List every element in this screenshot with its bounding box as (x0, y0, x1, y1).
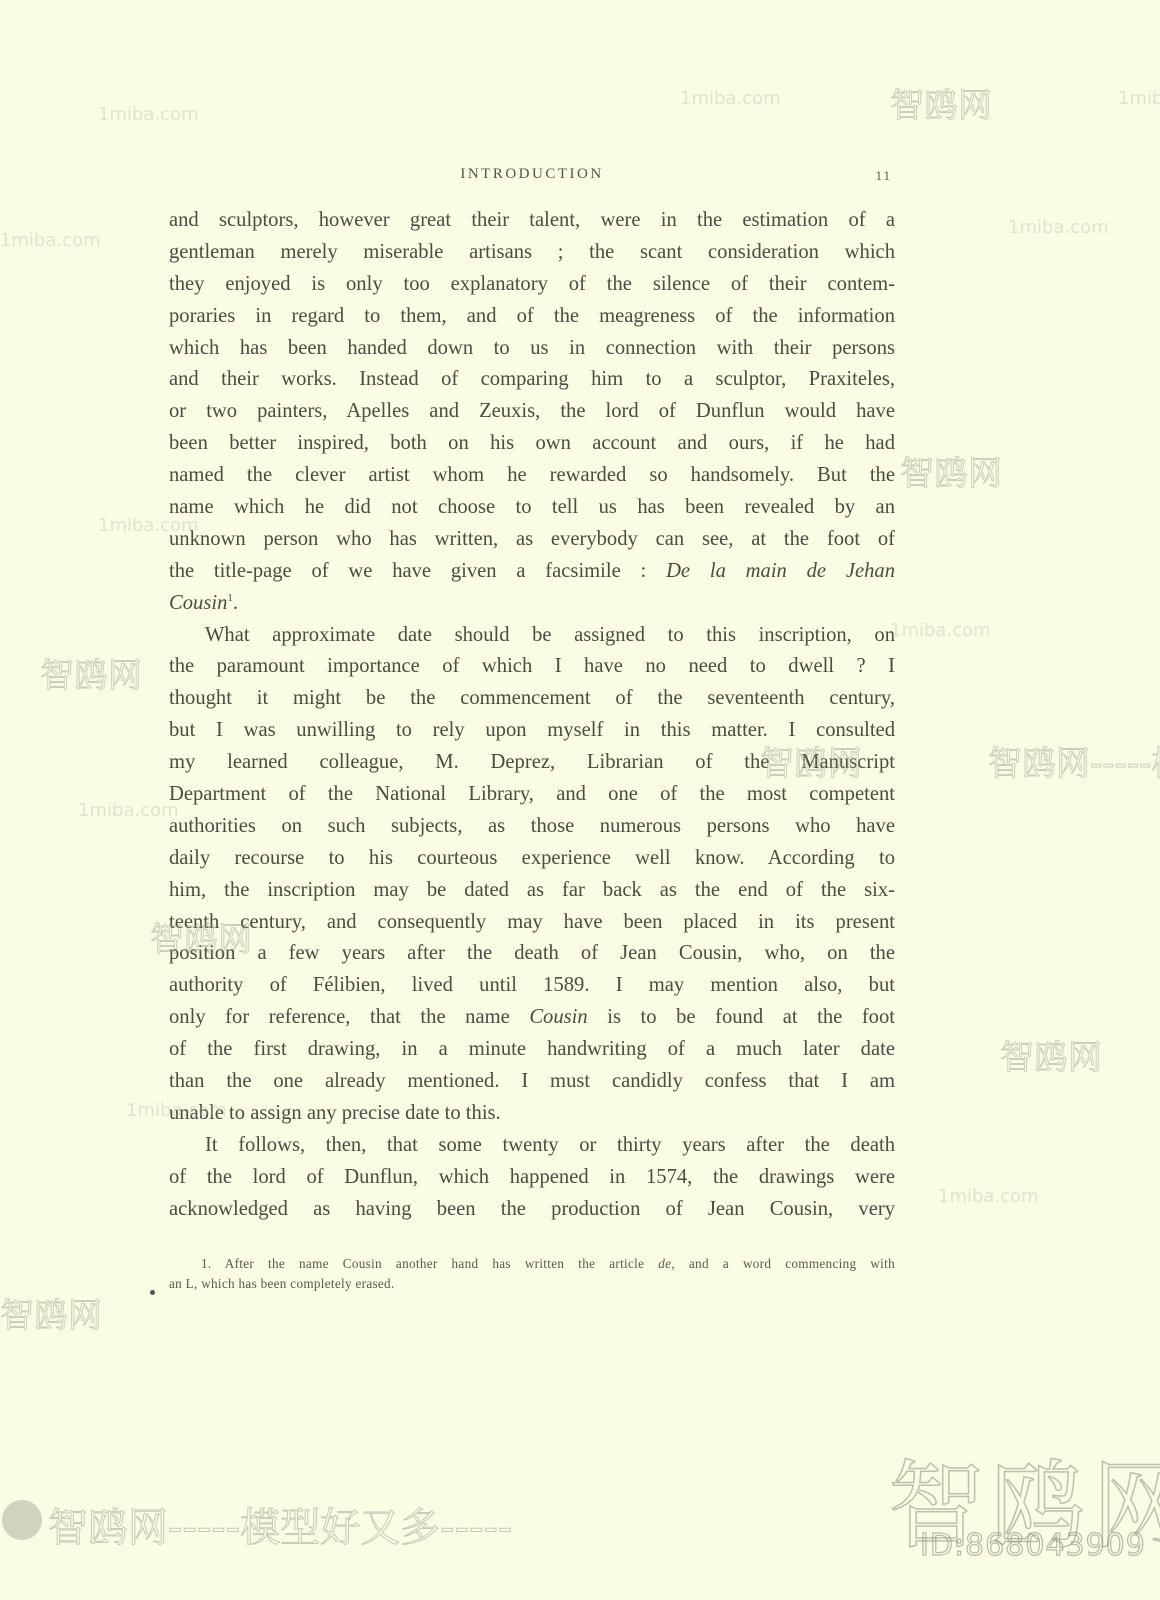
watermark-brand: 智鸥网 (40, 648, 142, 697)
text-line-quote: the title-page of we have given a facsim… (169, 556, 895, 588)
text-line: thought it might be the commencement of … (169, 683, 895, 715)
text-line: and sculptors, however great their talen… (169, 205, 895, 237)
watermark-brand: 智鸥网 (890, 78, 992, 127)
text-line: been better inspired, both on his own ac… (169, 428, 895, 460)
period: . (233, 592, 238, 614)
watermark-site: 1miba.com (1008, 217, 1109, 238)
text-line-quote-end: Cousin1. (169, 588, 895, 620)
text-line: teenth century, and consequently may hav… (169, 907, 895, 939)
text-line: and their works. Instead of comparing hi… (169, 364, 895, 396)
footnote-italic: de (658, 1256, 671, 1271)
text-line: gentleman merely miserable artisans ; th… (169, 237, 895, 269)
text-line: but I was unwilling to rely upon myself … (169, 715, 895, 747)
document-page: INTRODUCTION 11 and sculptors, however g… (0, 0, 1160, 1600)
footnote: 1. After the name Cousin another hand ha… (169, 1254, 895, 1294)
watermark-site: 1miba.com (680, 88, 781, 109)
text-line: the paramount importance of which I have… (169, 651, 895, 683)
running-title: INTRODUCTION (168, 166, 896, 183)
watermark-site: 1miba.com (1118, 88, 1160, 109)
watermark-slogan: 智鸥网-----模型好又多----- (988, 736, 1160, 785)
italic-name: Cousin (529, 1006, 587, 1028)
text-line: position a few years after the death of … (169, 938, 895, 970)
text-line: my learned colleague, M. Deprez, Librari… (169, 747, 895, 779)
watermark-site: 1miba.com (78, 800, 179, 821)
text-line: authority of Félibien, lived until 1589.… (169, 970, 895, 1002)
text-line: of the lord of Dunflun, which happened i… (169, 1162, 895, 1194)
quote-lead: the title-page of we have given a facsim… (169, 560, 646, 582)
watermark-brand: 智鸥网 (900, 446, 1002, 495)
text-segment: is to be found at the foot (607, 1006, 895, 1028)
text-line: What approximate date should be assigned… (169, 620, 895, 652)
text-line: daily recourse to his courteous experien… (169, 843, 895, 875)
italic-quote: De la main de Jehan (666, 560, 895, 582)
watermark-site: 1miba.com (98, 104, 199, 125)
footnote-line: 1. After the name Cousin another hand ha… (169, 1254, 895, 1274)
text-line: authorities on such subjects, as those n… (169, 811, 895, 843)
text-line: unknown person who has written, as every… (169, 524, 895, 556)
text-line: or two painters, Apelles and Zeuxis, the… (169, 396, 895, 428)
ink-dot (150, 1290, 155, 1295)
watermark-site: 1miba.com (0, 230, 101, 251)
text-line: him, the inscription may be dated as far… (169, 875, 895, 907)
watermark-brand: 智鸥网 (0, 1288, 102, 1337)
watermark-slogan-bottom: 智鸥网-----模型好又多----- (48, 1496, 512, 1553)
watermark-logo-icon (2, 1500, 42, 1540)
watermark-brand: 智鸥网 (1000, 1030, 1102, 1079)
footnote-text: , and a word commencing with (671, 1256, 895, 1271)
text-line: which has been handed down to us in conn… (169, 333, 895, 365)
text-segment: only for reference, that the name (169, 1006, 510, 1028)
text-line: than the one already mentioned. I must c… (169, 1066, 895, 1098)
page-number: 11 (875, 168, 892, 184)
text-line-italic: only for reference, that the name Cousin… (169, 1002, 895, 1034)
text-line: It follows, then, that some twenty or th… (169, 1130, 895, 1162)
watermark-site: 1miba.com (938, 1186, 1039, 1207)
text-line: acknowledged as having been the producti… (169, 1194, 895, 1226)
text-line: Department of the National Library, and … (169, 779, 895, 811)
text-line: they enjoyed is only too explanatory of … (169, 269, 895, 301)
text-line: name which he did not choose to tell us … (169, 492, 895, 524)
watermark-site: 1miba.com (890, 620, 991, 641)
footnote-text: 1. After the name Cousin another hand ha… (201, 1256, 644, 1271)
text-line: named the clever artist whom he rewarded… (169, 460, 895, 492)
text-line: of the first drawing, in a minute handwr… (169, 1034, 895, 1066)
footnote-line: an L, which has been completely erased. (169, 1274, 895, 1294)
watermark-id: ID:868043909 (920, 1528, 1146, 1563)
italic-quote-end: Cousin (169, 592, 227, 614)
text-line: poraries in regard to them, and of the m… (169, 301, 895, 333)
running-head: INTRODUCTION 11 (168, 166, 896, 188)
text-line: unable to assign any precise date to thi… (169, 1098, 895, 1130)
body-text: and sculptors, however great their talen… (169, 205, 895, 1226)
